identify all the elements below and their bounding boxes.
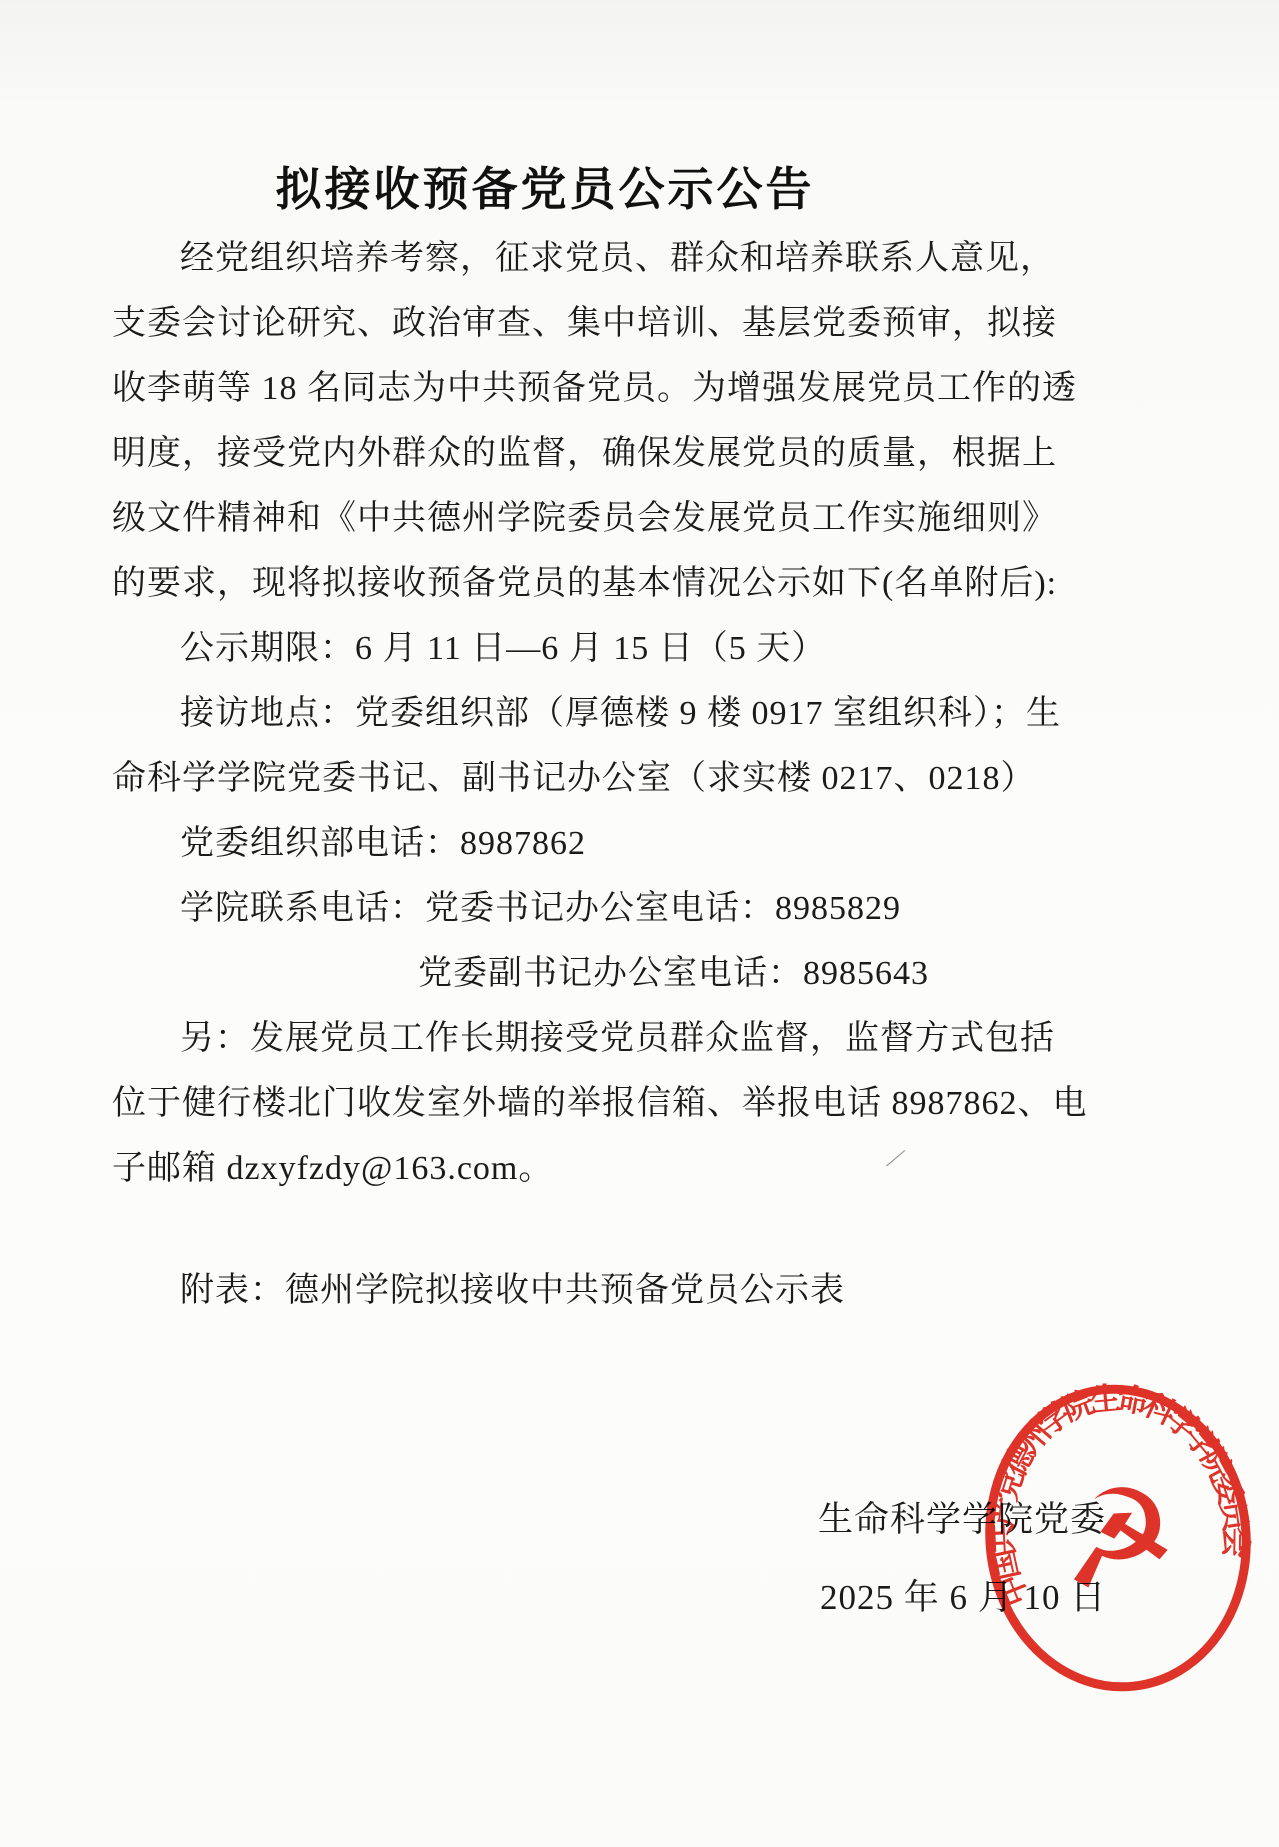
body-line: 子邮箱 dzxyfzdy@163.com。 <box>112 1136 980 1201</box>
body-line: 级文件精神和《中共德州学院委员会发展党员工作实施细则》 <box>112 486 980 551</box>
official-seal-stamp: 中国共产党德州学院生命科学学院委员会 ☭ <box>960 1362 1276 1714</box>
body-line: 另：发展党员工作长期接受党员群众监督，监督方式包括 <box>112 1006 980 1071</box>
body-line: 明度，接受党内外群众的监督，确保发展党员的质量，根据上 <box>112 421 980 486</box>
body-line: 支委会讨论研究、政治审查、集中培训、基层党委预审，拟接 <box>112 291 980 356</box>
hammer-sickle-icon: ☭ <box>1051 1456 1185 1622</box>
body-line: 的要求，现将拟接收预备党员的基本情况公示如下(名单附后): <box>112 551 980 616</box>
body-line: 接访地点：党委组织部（厚德楼 9 楼 0917 室组织科）；生 <box>112 681 980 746</box>
body-line: 学院联系电话：党委书记办公室电话：8985829 <box>112 876 980 941</box>
body-line: 党委副书记办公室电话：8985643 <box>112 941 980 1006</box>
body-line: 经党组织培养考察，征求党员、群众和培养联系人意见， <box>112 226 980 291</box>
body-line: 位于健行楼北门收发室外墙的举报信箱、举报电话 8987862、电 <box>112 1071 980 1136</box>
body-line: 公示期限：6 月 11 日—6 月 15 日（5 天） <box>112 616 980 681</box>
scanned-notice-page: 拟接收预备党员公示公告 经党组织培养考察，征求党员、群众和培养联系人意见，支委会… <box>0 0 1279 1847</box>
body-line: 收李萌等 18 名同志为中共预备党员。为增强发展党员工作的透 <box>112 356 980 421</box>
notice-title: 拟接收预备党员公示公告 <box>112 153 978 219</box>
body-line: 党委组织部电话：8987862 <box>112 811 980 876</box>
body-line: 命科学学院党委书记、副书记办公室（求实楼 0217、0218） <box>112 746 980 811</box>
attachment-line: 附表：德州学院拟接收中共预备党员公示表 <box>112 1262 845 1311</box>
notice-body: 经党组织培养考察，征求党员、群众和培养联系人意见，支委会讨论研究、政治审查、集中… <box>112 226 980 1201</box>
